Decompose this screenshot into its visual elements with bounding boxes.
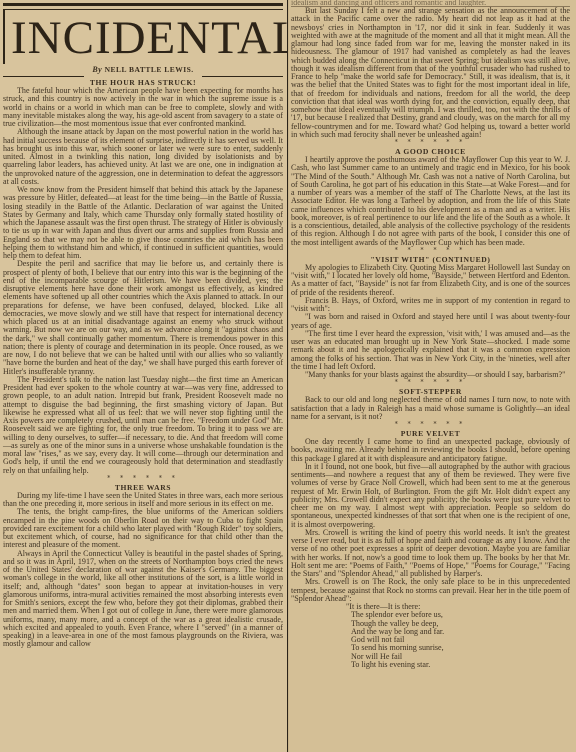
section-divider: * * * * * * [3, 475, 283, 482]
paragraph: Always in April the Connecticut Valley i… [3, 550, 283, 649]
byline-row: By NELL BATTLE LEWIS. [3, 62, 283, 77]
section-divider: * * * * * * [291, 379, 570, 386]
masthead: INCIDENTALLY By NELL BATTLE LEWIS. [3, 3, 283, 77]
paragraph: The fateful hour which the American peop… [3, 87, 283, 128]
left-column: INCIDENTALLY By NELL BATTLE LEWIS. THE H… [0, 0, 288, 752]
section-soft-stepper: SOFT-STEPPER Back to our old and long ne… [291, 387, 570, 421]
paragraph: My apologies to Elizabeth City. Quoting … [291, 264, 570, 297]
byline: By NELL BATTLE LEWIS. [84, 65, 201, 74]
column-title: INCIDENTALLY [11, 12, 283, 64]
paragraph: The tents, the bright camp-fires, the bl… [3, 508, 283, 549]
paragraph: Back to our old and long neglected theme… [291, 396, 570, 421]
paragraph: The President's talk to the nation last … [3, 376, 283, 475]
paragraph: "I was born and raised in Oxford and sta… [291, 313, 570, 330]
byline-rule-left [3, 76, 84, 77]
paragraph: During my life-time I have seen the Unit… [3, 492, 283, 509]
poem-line: To light his evening star. [346, 661, 570, 669]
section-three-wars: THREE WARS During my life-time I have se… [3, 483, 283, 649]
masthead-box: INCIDENTALLY [3, 9, 283, 64]
author-name: NELL BATTLE LEWIS. [105, 65, 194, 74]
paragraph: In it I found, not one book, but five—al… [291, 463, 570, 529]
paragraph: One day recently I came home to find an … [291, 438, 570, 463]
paragraph: Despite the peril and sacrifice that may… [3, 260, 283, 376]
section-divider: * * * * * * [291, 247, 570, 254]
paragraph: "The first time I ever heard the express… [291, 330, 570, 371]
clipped-line-fragment: idealism and dancing and officers and ro… [291, 0, 570, 7]
byline-rule-right [202, 76, 283, 77]
section-pure-velvet: PURE VELVET One day recently I came home… [291, 429, 570, 669]
byline-prefix: By [92, 65, 102, 74]
section-hour-has-struck: THE HOUR HAS STRUCK! The fateful hour wh… [3, 78, 283, 475]
paragraph: Mrs. Crowell is writing the kind of poet… [291, 529, 570, 579]
newspaper-clipping: INCIDENTALLY By NELL BATTLE LEWIS. THE H… [0, 0, 576, 752]
section-divider: * * * * * * [291, 421, 570, 428]
section-divider: * * * * * * [291, 139, 570, 146]
poem-quote: "It is there—It is there: The splendor e… [346, 603, 570, 669]
paragraph: "Many thanks for your blasts against the… [291, 371, 570, 379]
paragraph: Mrs. Crowell is on The Rock, the only sa… [291, 578, 570, 603]
paragraph: Although the insane attack by Japan on t… [3, 128, 283, 186]
paragraph: Francis B. Hays, of Oxford, writes me in… [291, 297, 570, 314]
right-column: idealism and dancing and officers and ro… [289, 0, 576, 752]
paragraph: But last Sunday I felt a new and strange… [291, 7, 570, 139]
paragraph: We now know from the President himself t… [3, 186, 283, 260]
section-visit-with: "VISIT WITH" (CONTINUED) My apologies to… [291, 255, 570, 380]
paragraph: I heartily approve the posthumous award … [291, 156, 570, 247]
section-good-choice: A GOOD CHOICE I heartily approve the pos… [291, 147, 570, 247]
section-continuation: But last Sunday I felt a new and strange… [291, 7, 570, 139]
